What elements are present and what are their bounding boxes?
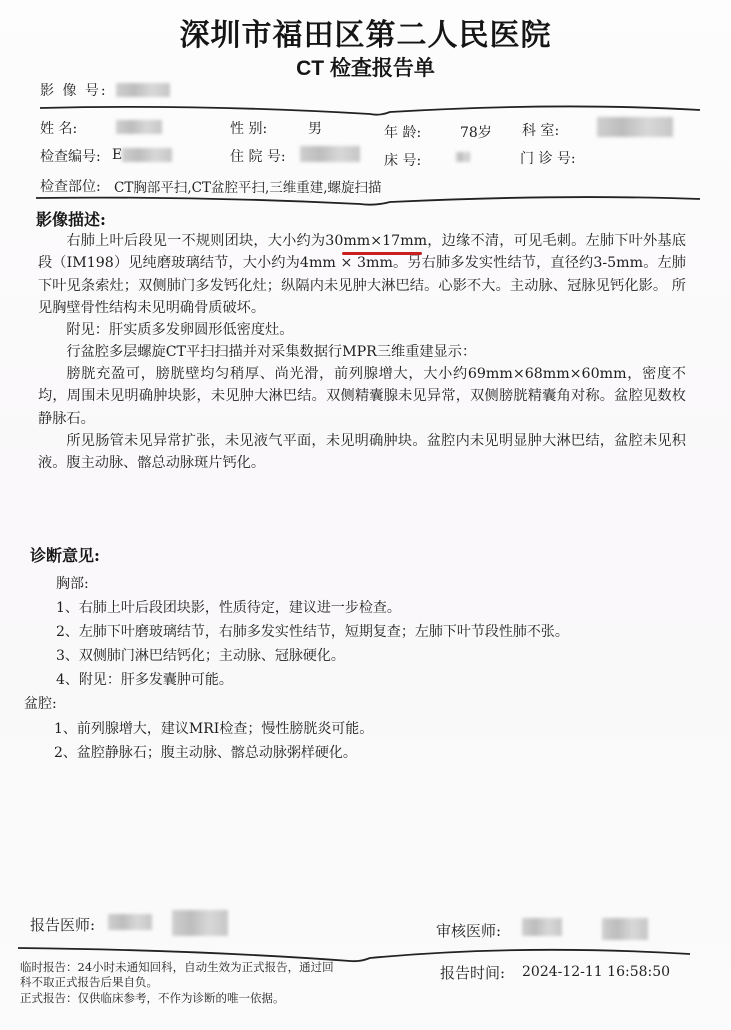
diagnosis-chest-item: 1、右肺上叶后段团块影，性质待定，建议进一步检查。 (56, 597, 401, 617)
divider-line (0, 100, 731, 118)
diagnosis-title: 诊断意见: (30, 543, 100, 566)
age-label: 年 龄: (384, 122, 421, 142)
outpatient-no-label: 门 诊 号: (520, 148, 576, 168)
hospital-name: 深圳市福田区第二人民医院 (0, 10, 731, 54)
findings-paragraph-3: 行盆腔多层螺旋CT平扫扫描并对采集数据行MPR三维重建显示： (38, 341, 686, 363)
reporting-doctor-signature (172, 910, 228, 936)
footer-note-line: 临时报告：24小时未通知回科，自动生效为正式报告，通过回 (20, 960, 334, 976)
divider-line (0, 190, 731, 208)
image-no-label: 影 像 号: (40, 80, 108, 100)
diagnosis-pelvis-label: 盆腔: (24, 693, 57, 713)
reviewing-doctor-redacted (522, 918, 562, 936)
findings-paragraph-1: 右肺上叶后段见一不规则团块，大小约为30mm×17mm，边缘不清，可见毛刺。左肺… (38, 230, 686, 319)
sex-label: 性 别: (230, 118, 267, 138)
findings-paragraph-5: 所见肠管未见异常扩张，未见液气平面，未见明确肿块。盆腔内未见明显肿大淋巴结，盆腔… (38, 430, 686, 475)
reviewing-doctor-label: 审核医师: (436, 920, 501, 941)
report-time-label: 报告时间: (440, 962, 505, 983)
exam-no-value: E (112, 147, 122, 163)
findings-title: 影像描述: (36, 207, 106, 230)
exam-no-label: 检查编号: (40, 146, 101, 166)
report-page: 深圳市福田区第二人民医院 CT 检查报告单 影 像 号: 姓 名: 性 别: 男… (0, 0, 731, 1030)
diagnosis-pelvis-item: 1、前列腺增大，建议MRI检查；慢性膀胱炎可能。 (54, 718, 373, 738)
inpatient-no-redacted (300, 146, 360, 162)
bed-no-redacted (456, 152, 470, 162)
image-no-redacted (116, 83, 170, 97)
report-title: CT 检查报告单 (0, 52, 731, 82)
diagnosis-chest-item: 4、附见：肝多发囊肿可能。 (56, 669, 233, 689)
findings-paragraph-2: 附见：肝实质多发卵圆形低密度灶。 (38, 319, 686, 341)
name-label: 姓 名: (40, 118, 77, 138)
reporting-doctor-label: 报告医师: (30, 914, 95, 935)
bed-no-label: 床 号: (384, 150, 421, 170)
diagnosis-chest-label: 胸部: (56, 573, 89, 593)
reporting-doctor-redacted (108, 914, 152, 930)
dept-redacted (597, 117, 673, 137)
age-value: 78岁 (460, 122, 492, 142)
report-time-value: 2024-12-11 16:58:50 (522, 964, 670, 980)
dept-label: 科 室: (522, 120, 559, 140)
findings-paragraph-4: 膀胱充盈可，膀胱壁均匀稍厚、尚光滑，前列腺增大，大小约69mm×68mm×60m… (38, 363, 686, 430)
highlight-underline (342, 252, 422, 255)
inpatient-no-label: 住 院 号: (230, 146, 286, 166)
diagnosis-chest-item: 3、双侧肺门淋巴结钙化；主动脉、冠脉硬化。 (56, 645, 345, 665)
footer-note-line: 正式报告：仅供临床参考，不作为诊断的唯一依据。 (20, 991, 285, 1007)
diagnosis-pelvis-item: 2、盆腔静脉石；腹主动脉、髂总动脉粥样硬化。 (54, 742, 357, 762)
diagnosis-chest-item: 2、左肺下叶磨玻璃结节，右肺多发实性结节，短期复查；左肺下叶节段性肺不张。 (56, 621, 569, 641)
footer-note-line: 科不取正式报告后果自负。 (20, 975, 158, 991)
sex-value: 男 (308, 118, 322, 138)
reviewing-doctor-signature (602, 918, 648, 940)
name-redacted (116, 120, 162, 134)
exam-no-redacted (122, 148, 172, 162)
